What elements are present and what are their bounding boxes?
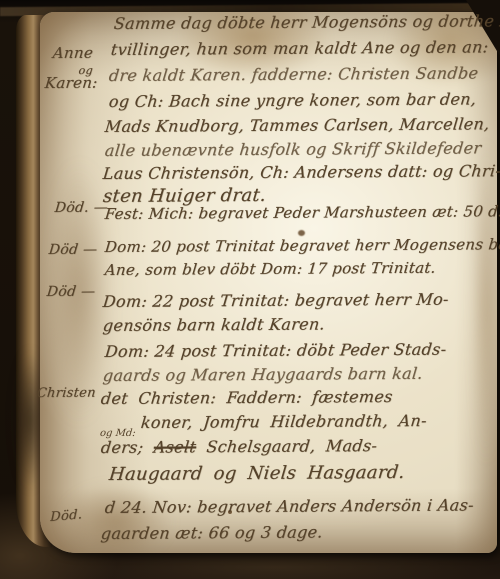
margin-note-christen: Christen [36, 386, 97, 401]
text-line: Fest: Mich: begravet Peder Marshusteen æ… [104, 202, 500, 223]
margin-note-death-3: Död — [46, 284, 96, 300]
margin-note-anne: Anne [52, 44, 94, 62]
text-line: tvillinger, hun som man kaldt Ane og den… [110, 37, 489, 59]
text-line: gaarden æt: 66 og 3 dage. [100, 522, 324, 543]
text-line: gaards og Maren Haygaards barn kal. [102, 364, 424, 385]
text-line: Haugaard og Niels Hasgaard. [108, 462, 406, 485]
margin-note-death-4: Död. [50, 507, 82, 525]
text-line: dre kaldt Karen. fadderne: Christen Sand… [108, 63, 479, 85]
text-line: ders; Aselt Schelsgaard, Mads- [100, 436, 378, 457]
text-line: gensöns barn kaldt Karen. [102, 314, 326, 335]
manuscript-photo: Anne og Karen: Död. — Död — Död — Christ… [0, 0, 500, 579]
margin-note-death-2: Död — [48, 242, 98, 258]
text-line: og Ch: Bach sine yngre koner, som bar de… [108, 89, 477, 111]
text-line: koner, Jomfru Hildebrandth, An- [140, 411, 428, 432]
text-line: Dom: 22 post Trinitat: begravet herr Mo- [102, 290, 450, 311]
margin-note-karen: Karen: [44, 74, 99, 92]
text-line: Mads Knudborg, Tammes Carlsen, Marcellen… [104, 114, 491, 136]
text-line: d 24. Nov: begravet Anders Andersön i Aa… [104, 495, 475, 517]
ink-speck [298, 230, 305, 236]
text-line: Dom: 24 post Trinitat: döbt Peder Stads- [104, 340, 447, 361]
margin-note-death-1: Död. — [54, 200, 109, 216]
struck-out-word: Aselt [153, 437, 197, 456]
text-line: det Christen: Faddern: fæstemes [100, 387, 394, 408]
text-line: alle ubenævnte husfolk og Skriff Skildef… [104, 138, 482, 160]
text-line: Samme dag döbte herr Mogensöns og dorthe… [113, 11, 500, 33]
text-segment: ders; [100, 438, 155, 457]
text-segment: Schelsgaard, Mads- [195, 436, 378, 456]
text-line: Laus Christensön, Ch: Andersens datt: og… [102, 161, 500, 183]
text-line: Dom: 20 post Trinitat begravet herr Moge… [104, 235, 500, 256]
text-line: Ane, som blev döbt Dom: 17 post Trinitat… [104, 259, 437, 279]
